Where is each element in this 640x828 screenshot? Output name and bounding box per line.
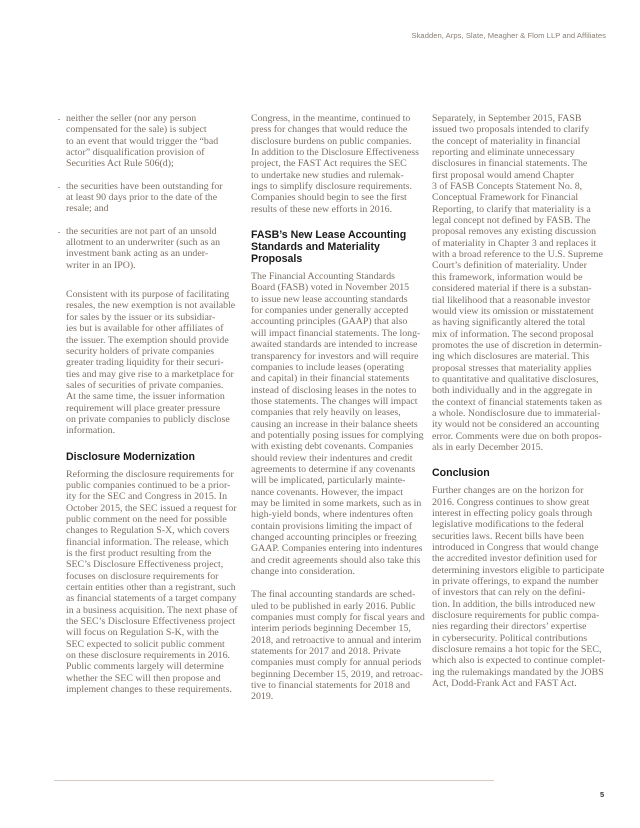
column-1: neither the seller (nor any person compe… — [66, 113, 244, 707]
list-item: the securities have been outstanding for… — [66, 181, 244, 215]
page-number: 5 — [600, 790, 604, 799]
column-3: Separately, in September 2015, FASB issu… — [432, 113, 612, 702]
paragraph: Separately, in September 2015, FASB issu… — [432, 113, 612, 453]
column-2: Congress, in the meantime, continued to … — [251, 113, 431, 715]
paragraph: Further changes are on the horizon for 2… — [432, 485, 612, 689]
running-header: Skadden, Arps, Slate, Meagher & Flom LLP… — [411, 31, 606, 40]
paragraph: The Financial Accounting Standards Board… — [251, 271, 431, 577]
paragraph: The final accounting standards are sched… — [251, 589, 431, 702]
section-heading: Disclosure Modernization — [66, 451, 244, 463]
paragraph: Consistent with its purpose of facilitat… — [66, 289, 244, 436]
list-item: neither the seller (nor any person compe… — [66, 113, 244, 170]
bullet-list: neither the seller (nor any person compe… — [66, 113, 244, 271]
paragraph: Reforming the disclosure requirements fo… — [66, 469, 244, 696]
list-item: the securities are not part of an unsold… — [66, 226, 244, 271]
paragraph: Congress, in the meantime, continued to … — [251, 113, 431, 215]
section-heading: FASB’s New Lease Accounting Standards an… — [251, 229, 431, 265]
footer-divider — [54, 780, 494, 781]
section-heading: Conclusion — [432, 467, 612, 479]
